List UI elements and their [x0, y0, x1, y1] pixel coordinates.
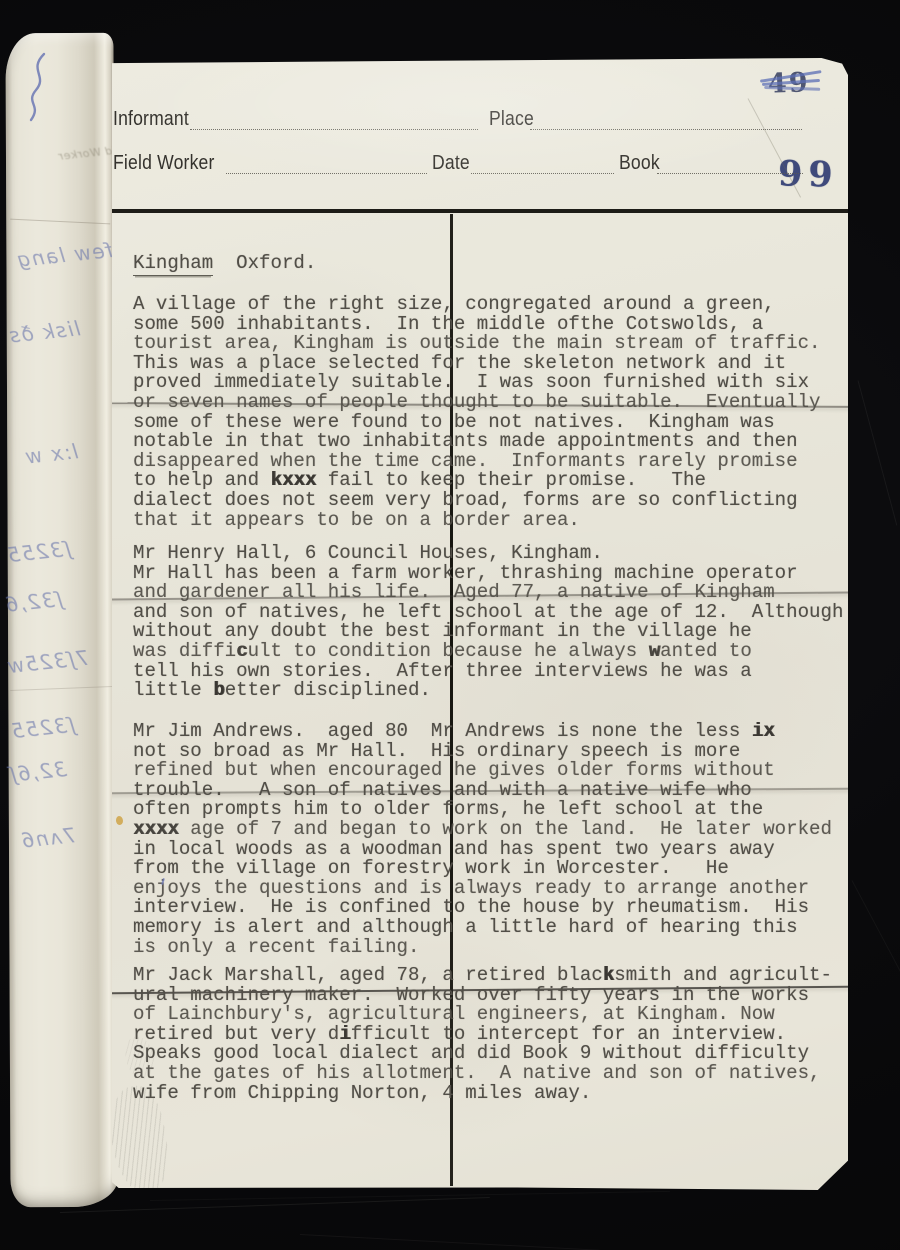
paragraph: A village of the right size, congregated…	[133, 295, 821, 530]
scanner-bed-scratch	[300, 1234, 600, 1250]
typed-line: refined but when encouraged he gives old…	[133, 761, 832, 781]
typed-line: xxxx age of 7 and began to work on the l…	[133, 820, 832, 840]
overstruck-text: c	[236, 640, 247, 662]
paragraph: Mr Jim Andrews. aged 80 Mr Andrews is no…	[133, 722, 832, 957]
typed-line: and gardener all his life. Aged 77, a na…	[133, 583, 843, 603]
overstruck-text: b	[213, 679, 224, 701]
scanner-bed-scratch	[852, 880, 900, 1066]
paragraph: Mr Henry Hall, 6 Council Houses, Kingham…	[133, 544, 843, 701]
ink-squiggle	[12, 50, 58, 124]
overstruck-text: ix	[752, 720, 775, 742]
typed-line: tourist area, Kingham is outside the mai…	[133, 334, 821, 354]
document-page: 49 99 Informant Place Field Worker Date …	[112, 58, 848, 1190]
typed-line: disappeared when the time came. Informan…	[133, 452, 821, 472]
typed-text-body: A village of the right size, congregated…	[112, 58, 848, 1190]
typed-line: wife from Chipping Norton, 4 miles away.	[133, 1084, 832, 1104]
yellow-speck	[116, 816, 123, 825]
overstruck-text: xxxx	[133, 818, 179, 840]
underlying-page-edge	[5, 33, 118, 1207]
scanner-bed-scratch	[858, 380, 898, 525]
scanned-document-scene: few lanɡlisk ðsl:x wʃ3255ʃ32,67ʃ325wʃ325…	[0, 0, 900, 1250]
typed-line: or seven names of people thought to be s…	[133, 393, 821, 413]
overstruck-text: w	[649, 640, 660, 662]
typed-line: little better disciplined.	[133, 681, 843, 701]
typed-line: is only a recent failing.	[133, 938, 832, 958]
typed-line: of Lainchbury's, agricultural engineers,…	[133, 1005, 832, 1025]
typed-line: enjoys the questions and is always ready…	[133, 879, 832, 899]
paragraph: Mr Jack Marshall, aged 78, a retired bla…	[133, 966, 832, 1103]
page-edge-crease	[10, 686, 112, 691]
scanner-bed-scratch	[60, 1197, 490, 1213]
typed-line: was difficult to condition because he al…	[133, 642, 843, 662]
typed-line: at the gates of his allotment. A native …	[133, 1064, 832, 1084]
page-edge-crease	[10, 219, 110, 225]
typed-line: that it appears to be on a border area.	[133, 511, 821, 531]
